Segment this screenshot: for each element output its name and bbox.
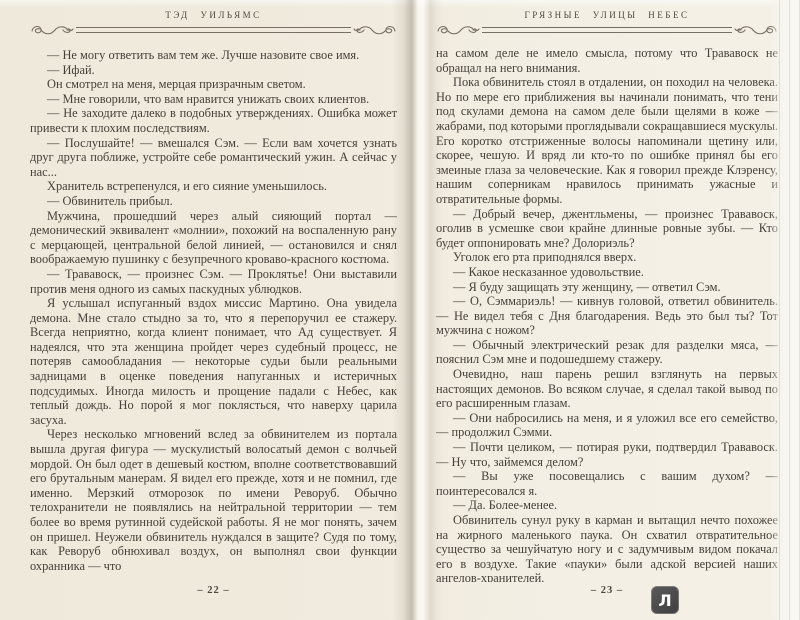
scroll-flourish-icon bbox=[734, 23, 778, 37]
header-rule bbox=[436, 23, 778, 37]
scroll-flourish-icon bbox=[353, 23, 397, 37]
paragraph: — Да. Более-менее. bbox=[436, 498, 778, 513]
paragraph: — О, Сэммариэль! — кивнув головой, ответ… bbox=[436, 294, 778, 338]
paragraph: Через несколько мгновений вслед за обвин… bbox=[30, 427, 397, 573]
paragraph: — Не заходите далеко в подобных утвержде… bbox=[30, 106, 397, 135]
right-page-body: на самом деле не имело смысла, потому чт… bbox=[436, 46, 778, 582]
paragraph: — Трававоск, — произнес Сэм. — Проклятье… bbox=[30, 267, 397, 296]
paragraph: — Какое несказанное удовольствие. bbox=[436, 265, 778, 280]
scroll-flourish-icon bbox=[30, 23, 74, 37]
paragraph: — Они набросились на меня, и я уложил вс… bbox=[436, 411, 778, 440]
paragraph: — Вы уже посовещались с вашим духом? — п… bbox=[436, 469, 778, 498]
paragraph: — Добрый вечер, джентльмены, — произнес … bbox=[436, 207, 778, 251]
paragraph: — Я буду защищать эту женщину, — ответил… bbox=[436, 280, 778, 295]
paragraph: — Обычный электрический резак для раздел… bbox=[436, 338, 778, 367]
scroll-flourish-icon bbox=[436, 23, 480, 37]
paragraph: Очевидно, наш парень решил взглянуть на … bbox=[436, 367, 778, 411]
page-number-right: – 23 – bbox=[436, 585, 778, 596]
paragraph: Уголок его рта приподнялся вверх. bbox=[436, 250, 778, 265]
paragraph: — Послушайте! — вмешался Сэм. — Если вам… bbox=[30, 136, 397, 180]
book-spread: ТЭД УИЛЬЯМС bbox=[0, 0, 800, 620]
paragraph: — Ифай. bbox=[30, 63, 397, 78]
paragraph: — Обвинитель прибыл. bbox=[30, 194, 397, 209]
paragraph: Хранитель встрепенулся, и его сияние уме… bbox=[30, 179, 397, 194]
right-page: ГРЯЗНЫЕ УЛИЦЫ НЕБЕС bbox=[412, 0, 800, 620]
paragraph: на самом деле не имело смысла, потому чт… bbox=[436, 46, 778, 75]
running-head-title: ГРЯЗНЫЕ УЛИЦЫ НЕБЕС bbox=[436, 10, 778, 20]
paragraph: — Почти целиком, — потирая руки, подтвер… bbox=[436, 440, 778, 469]
double-rule bbox=[76, 27, 351, 33]
header-rule bbox=[30, 23, 397, 37]
letter-l-logo: Л bbox=[651, 586, 679, 614]
left-page-body: — Не могу ответить вам тем же. Лучше наз… bbox=[30, 48, 397, 582]
running-head-author: ТЭД УИЛЬЯМС bbox=[30, 10, 397, 20]
left-page: ТЭД УИЛЬЯМС bbox=[0, 0, 412, 620]
page-number-left: – 22 – bbox=[30, 585, 397, 596]
paragraph: — Не могу ответить вам тем же. Лучше наз… bbox=[30, 48, 397, 63]
paragraph: Пока обвинитель стоял в отдалении, он по… bbox=[436, 75, 778, 206]
paragraph: Мужчина, прошедший через алый сияющий по… bbox=[30, 209, 397, 267]
letter-l-logo-glyph: Л bbox=[658, 591, 671, 610]
left-page-header: ТЭД УИЛЬЯМС bbox=[30, 10, 397, 37]
paragraph: Он смотрел на меня, мерцая призрачным св… bbox=[30, 77, 397, 92]
double-rule bbox=[482, 27, 732, 33]
paragraph: Я услышал испуганный вздох миссис Мартин… bbox=[30, 296, 397, 427]
paragraph: Обвинитель сунул руку в карман и вытащил… bbox=[436, 513, 778, 582]
paragraph: — Мне говорили, что вам нравится унижать… bbox=[30, 92, 397, 107]
right-page-header: ГРЯЗНЫЕ УЛИЦЫ НЕБЕС bbox=[436, 10, 778, 37]
